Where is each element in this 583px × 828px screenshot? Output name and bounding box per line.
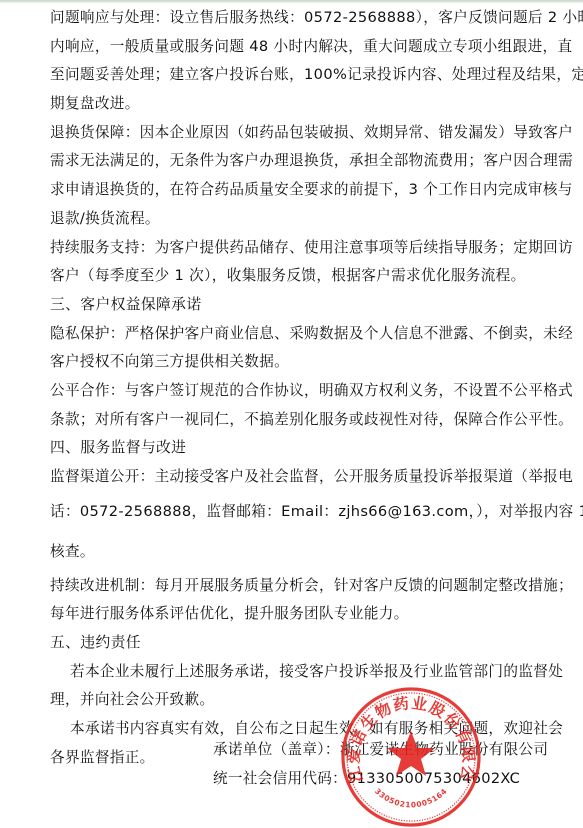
section-heading-4: 四、服务监督与改进	[50, 434, 534, 463]
paragraph-line: 持续改进机制：每月开展服务质量分析会，针对客户反馈的问题制定整改措施；	[50, 572, 534, 601]
paragraph-line: 问题响应与处理：设立售后服务热线：0572-2568888），客户反馈问题后 2…	[50, 4, 534, 33]
paragraph-line: 需求无法满足的，无条件为客户办理退换货，承担全部物流费用；客户因合理需	[50, 147, 534, 176]
paragraph-line: 若本企业未履行上述服务承诺，接受客户投诉举报及行业监管部门的监督处	[50, 658, 534, 687]
signature-credit-code: 统一社会信用代码：9133050075304602XC	[213, 767, 520, 788]
paragraph-line: 退换货保障：因本企业原因（如药品包装破损、效期异常、错发漏发）导致客户	[50, 119, 534, 148]
paragraph-line: 每年进行服务体系评估优化，提升服务团队专业能力。	[50, 600, 534, 629]
svg-text:33050210005164: 33050210005164	[373, 787, 449, 810]
paragraph-line: 持续服务支持：为客户提供药品储存、使用注意事项等后续指导服务；定期回访	[50, 234, 534, 263]
paragraph-line: 期复盘改进。	[50, 90, 534, 119]
paragraph-line: 条款；对所有客户一视同仁，不搞差别化服务或歧视性对待，保障合作公平性。	[50, 406, 534, 435]
paragraph-line: 求申请退换货的，在符合药品质量安全要求的前提下，3 个工作日内完成审核与	[50, 176, 534, 205]
paragraph-line: 监督渠道公开：主动接受客户及社会监督，公开服务质量投诉举报渠道（举报电	[50, 463, 534, 492]
paragraph-line: 退款/换货流程。	[50, 205, 534, 234]
paragraph-line: 核查。	[50, 532, 534, 572]
section-heading-5: 五、违约责任	[50, 629, 534, 658]
paragraph-line: 公平合作：与客户签订规范的合作协议，明确双方权利义务，不设置不公平格式	[50, 377, 534, 406]
signature-unit: 承诺单位（盖章）：浙江爱诺生物药业股份有限公司	[213, 738, 548, 759]
paragraph-line-email: 话：0572-2568888，监督邮箱：Email：zjhs66@163.com…	[50, 492, 534, 532]
paragraph-line: 客户授权不向第三方提供相关数据。	[50, 348, 534, 377]
paragraph-line: 隐私保护：严格保护客户商业信息、采购数据及个人信息不泄露、不倒卖，未经	[50, 320, 534, 349]
paragraph-line: 客户（每季度至少 1 次），收集服务反馈，根据客户需求优化服务流程。	[50, 262, 534, 291]
paragraph-line: 至问题妥善处理；建立客户投诉台账，100%记录投诉内容、处理过程及结果，定	[50, 61, 534, 90]
paragraph-line: 理，并向社会公开致歉。	[50, 686, 534, 715]
paragraph-line: 内响应，一般质量或服务问题 48 小时内解决，重大问题成立专项小组跟进，直	[50, 33, 534, 62]
top-border	[0, 0, 583, 3]
section-heading-3: 三、客户权益保障承诺	[50, 291, 534, 320]
document-body: 问题响应与处理：设立售后服务热线：0572-2568888），客户反馈问题后 2…	[50, 4, 534, 773]
